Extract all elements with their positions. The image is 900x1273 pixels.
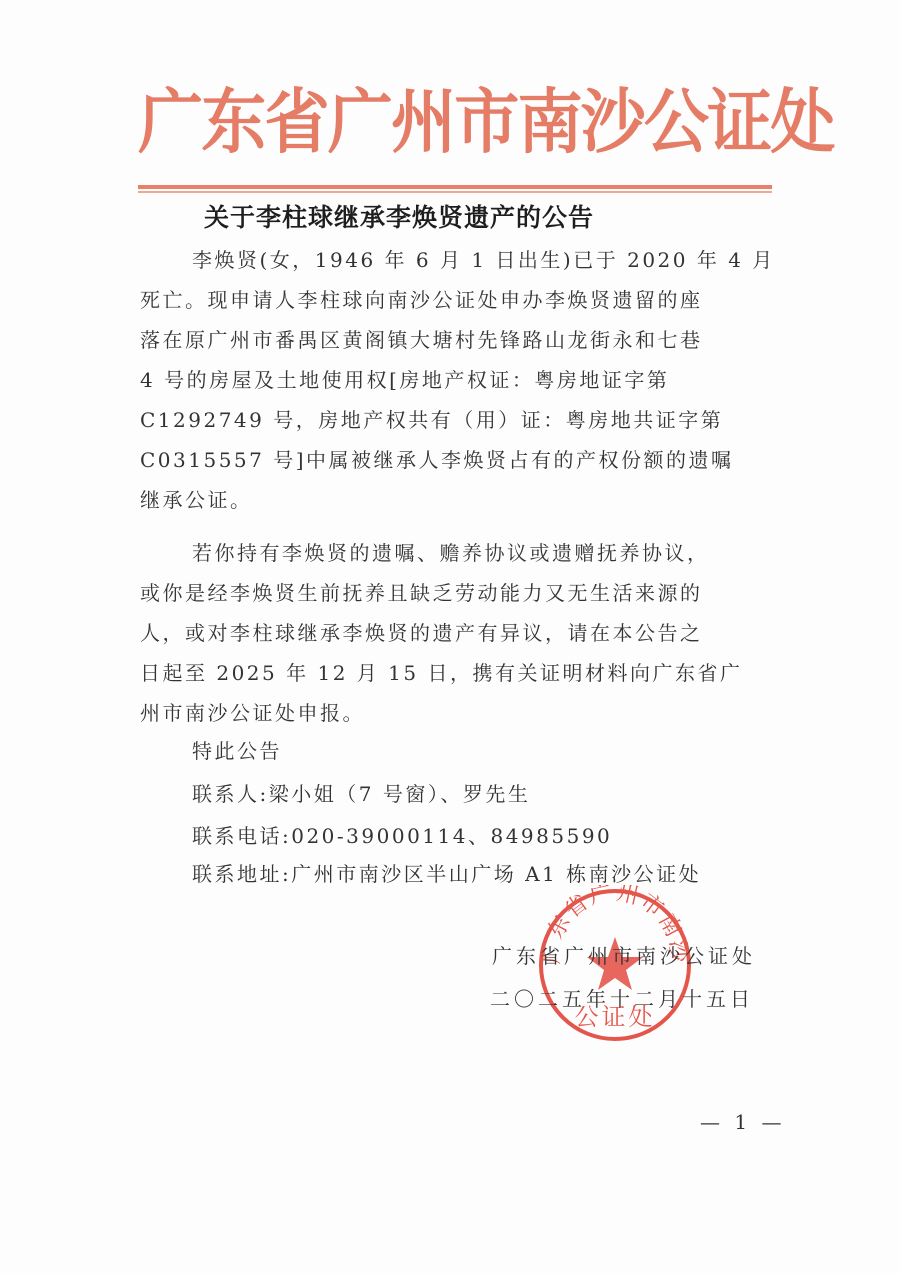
paragraph-2-line: 人，或对李柱球继承李焕贤的遗产有异议，请在本公告之 (140, 613, 770, 653)
masthead-title: 广东省广州市南沙公证处 (138, 78, 733, 166)
paragraph-2: 若你持有李焕贤的遗嘱、赡养协议或遗赠抚养协议， 或你是经李焕贤生前抚养且缺乏劳动… (140, 533, 770, 733)
paragraph-1-line: 落在原广州市番禺区黄阁镇大塘村先锋路山龙街永和七巷 (140, 320, 770, 360)
paragraph-1: 李焕贤(女，1946 年 6 月 1 日出生)已于 2020 年 4 月 死亡。… (140, 240, 770, 520)
closing-statement: 特此公告 (192, 735, 282, 764)
contact-phone: 联系电话:020-39000114、84985590 (192, 820, 612, 849)
paragraph-1-line: 继承公证。 (140, 480, 770, 520)
page-number: — 1 — (700, 1110, 785, 1134)
paragraph-2-line: 若你持有李焕贤的遗嘱、赡养协议或遗赠抚养协议， (140, 533, 770, 573)
masthead-rule-thin (138, 191, 772, 193)
masthead-rule-thick (138, 185, 772, 189)
contact-address: 联系地址:广州市南沙区半山广场 A1 栋南沙公证处 (192, 858, 701, 887)
paragraph-2-line: 日起至 2025 年 12 月 15 日，携有关证明材料向广东省广 (140, 653, 770, 693)
paragraph-1-line: C0315557 号]中属被继承人李焕贤占有的产权份额的遗嘱 (140, 440, 770, 480)
paragraph-1-line: C1292749 号，房地产权共有（用）证：粤房地共证字第 (140, 400, 770, 440)
signature-organization: 广东省广州市南沙公证处 (492, 940, 756, 969)
document-page: 广东省广州市南沙公证处 关于李柱球继承李焕贤遗产的公告 李焕贤(女，1946 年… (0, 0, 900, 1273)
paragraph-2-line: 或你是经李焕贤生前抚养且缺乏劳动能力又无生活来源的 (140, 573, 770, 613)
paragraph-1-line: 李焕贤(女，1946 年 6 月 1 日出生)已于 2020 年 4 月 (140, 240, 770, 280)
signature-date: 二〇二五年十二月十五日 (490, 983, 754, 1012)
contact-person: 联系人:梁小姐（7 号窗）、罗先生 (192, 778, 530, 807)
document-title: 关于李柱球继承李焕贤遗产的公告 (204, 198, 594, 234)
paragraph-1-line: 死亡。现申请人李柱球向南沙公证处申办李焕贤遗留的座 (140, 280, 770, 320)
paragraph-2-line: 州市南沙公证处申报。 (140, 693, 770, 733)
paragraph-1-line: 4 号的房屋及土地使用权[房地产权证：粤房地证字第 (140, 360, 770, 400)
